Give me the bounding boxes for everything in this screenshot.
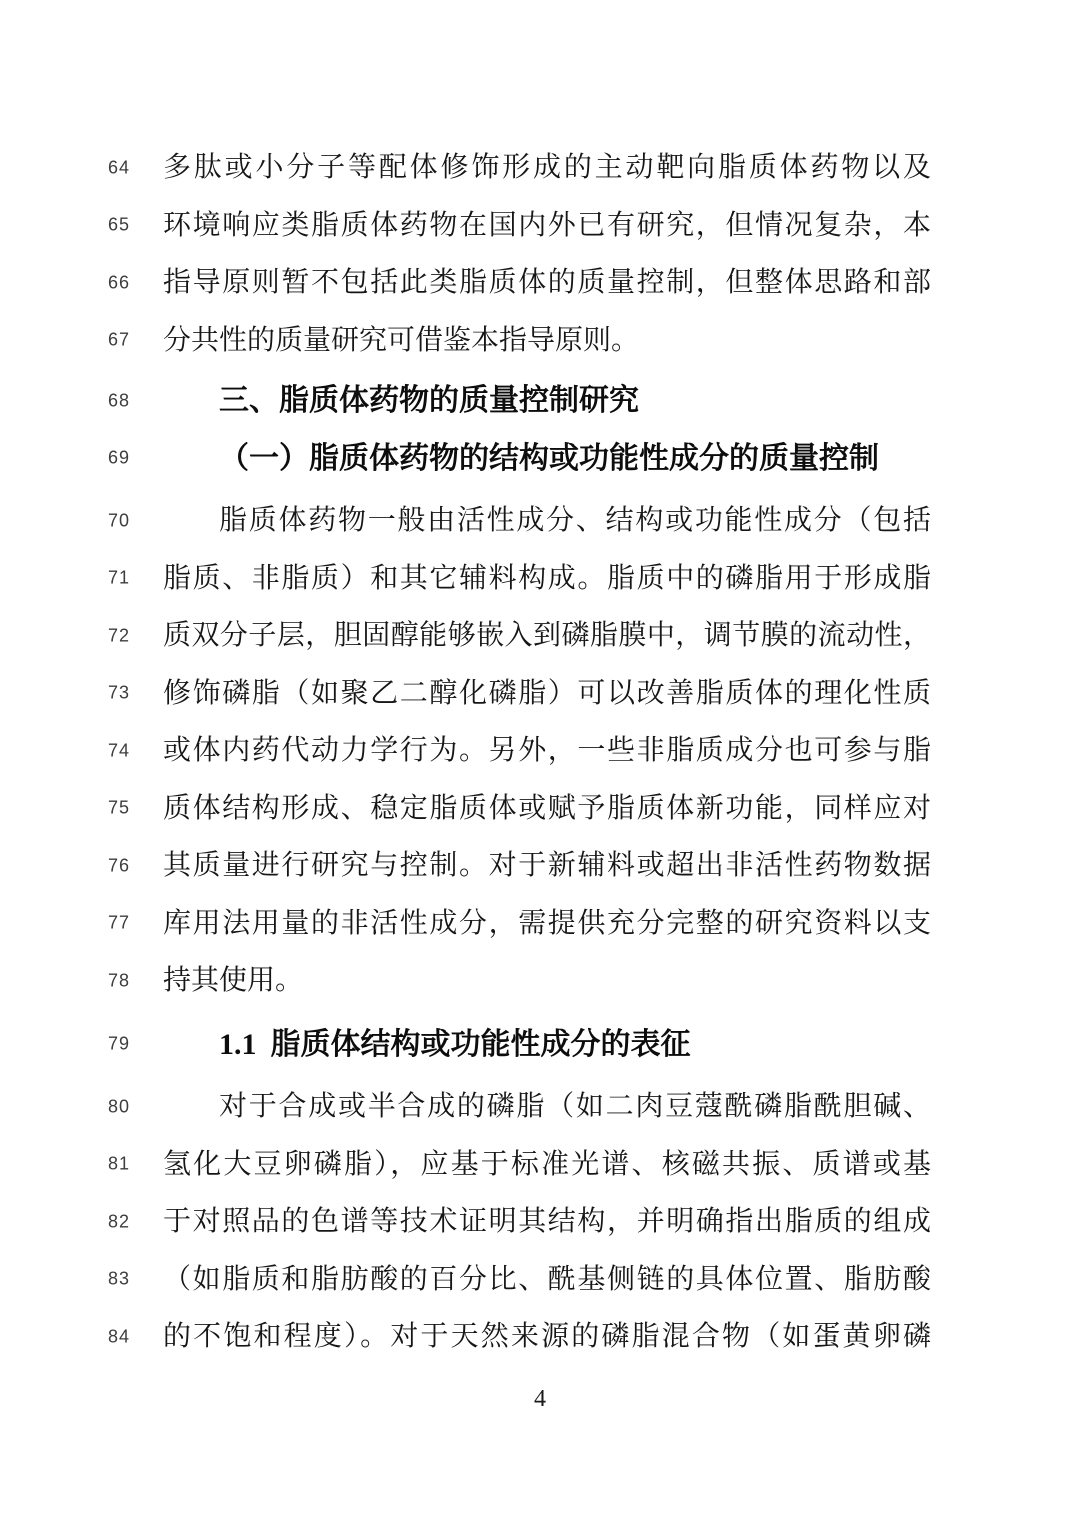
document-line: 81 氢化大豆卵磷脂），应基于标准光谱、核磁共振、质谱或基 <box>0 1136 1080 1194</box>
document-line: 71 脂质、非脂质）和其它辅料构成。脂质中的磷脂用于形成脂 <box>0 550 1080 608</box>
line-number: 80 <box>108 1096 130 1117</box>
document-body: 64 多肽或小分子等配体修饰形成的主动靶向脂质体药物以及 65 环境响应类脂质体… <box>0 139 1080 1366</box>
line-text: 指导原则暂不包括此类脂质体的质量控制，但整体思路和部 <box>163 254 931 312</box>
document-line: 83 （如脂质和脂肪酸的百分比、酰基侧链的具体位置、脂肪酸 <box>0 1251 1080 1309</box>
document-page: 64 多肽或小分子等配体修饰形成的主动靶向脂质体药物以及 65 环境响应类脂质体… <box>0 0 1080 1527</box>
document-line: 69 （一）脂质体药物的结构或功能性成分的质量控制 <box>0 430 1080 488</box>
line-text: 环境响应类脂质体药物在国内外已有研究，但情况复杂，本 <box>163 197 931 255</box>
document-line: 82 于对照品的色谱等技术证明其结构，并明确指出脂质的组成 <box>0 1193 1080 1251</box>
line-text: 于对照品的色谱等技术证明其结构，并明确指出脂质的组成 <box>163 1193 931 1251</box>
line-number: 69 <box>108 448 130 469</box>
line-text: 1.1脂质体结构或功能性成分的表征 <box>163 1016 931 1074</box>
document-line: 78 持其使用。 <box>0 952 1080 1010</box>
line-text: 脂质体药物一般由活性成分、结构或功能性成分（包括 <box>163 492 931 550</box>
document-line: 84 的不饱和程度）。对于天然来源的磷脂混合物（如蛋黄卵磷 <box>0 1308 1080 1366</box>
document-line: 80 对于合成或半合成的磷脂（如二肉豆蔻酰磷脂酰胆碱、 <box>0 1078 1080 1136</box>
line-text: 质体结构形成、稳定脂质体或赋予脂质体新功能，同样应对 <box>163 780 931 838</box>
document-line: 70 脂质体药物一般由活性成分、结构或功能性成分（包括 <box>0 492 1080 550</box>
page-number: 4 <box>0 1386 1080 1413</box>
line-number: 66 <box>108 272 130 293</box>
line-text: 多肽或小分子等配体修饰形成的主动靶向脂质体药物以及 <box>163 139 931 197</box>
document-line: 72 质双分子层，胆固醇能够嵌入到磷脂膜中，调节膜的流动性， <box>0 607 1080 665</box>
line-number: 71 <box>108 568 130 589</box>
line-number: 78 <box>108 970 130 991</box>
line-number: 74 <box>108 740 130 761</box>
document-line: 74 或体内药代动力学行为。另外，一些非脂质成分也可参与脂 <box>0 722 1080 780</box>
line-number: 82 <box>108 1211 130 1232</box>
document-line: 73 修饰磷脂（如聚乙二醇化磷脂）可以改善脂质体的理化性质 <box>0 665 1080 723</box>
line-text: 持其使用。 <box>163 952 931 1010</box>
line-number: 83 <box>108 1269 130 1290</box>
line-text: 修饰磷脂（如聚乙二醇化磷脂）可以改善脂质体的理化性质 <box>163 665 931 723</box>
line-text: 的不饱和程度）。对于天然来源的磷脂混合物（如蛋黄卵磷 <box>163 1308 931 1366</box>
line-text: 或体内药代动力学行为。另外，一些非脂质成分也可参与脂 <box>163 722 931 780</box>
line-text: （如脂质和脂肪酸的百分比、酰基侧链的具体位置、脂肪酸 <box>163 1251 931 1309</box>
document-line: 79 1.1脂质体结构或功能性成分的表征 <box>0 1016 1080 1074</box>
line-text: 三、脂质体药物的质量控制研究 <box>163 372 931 430</box>
line-text: 对于合成或半合成的磷脂（如二肉豆蔻酰磷脂酰胆碱、 <box>163 1078 931 1136</box>
line-number: 75 <box>108 798 130 819</box>
document-line: 76 其质量进行研究与控制。对于新辅料或超出非活性药物数据 <box>0 837 1080 895</box>
line-text: 氢化大豆卵磷脂），应基于标准光谱、核磁共振、质谱或基 <box>163 1136 931 1194</box>
line-number: 76 <box>108 855 130 876</box>
document-line: 75 质体结构形成、稳定脂质体或赋予脂质体新功能，同样应对 <box>0 780 1080 838</box>
line-text: 分共性的质量研究可借鉴本指导原则。 <box>163 312 931 370</box>
line-number: 70 <box>108 510 130 531</box>
document-line: 65 环境响应类脂质体药物在国内外已有研究，但情况复杂，本 <box>0 197 1080 255</box>
document-line: 77 库用法用量的非活性成分，需提供充分完整的研究资料以支 <box>0 895 1080 953</box>
line-text: 其质量进行研究与控制。对于新辅料或超出非活性药物数据 <box>163 837 931 895</box>
heading-number-prefix: 1.1 <box>219 1028 271 1061</box>
document-line: 64 多肽或小分子等配体修饰形成的主动靶向脂质体药物以及 <box>0 139 1080 197</box>
line-number: 72 <box>108 625 130 646</box>
line-number: 81 <box>108 1154 130 1175</box>
line-text: 脂质、非脂质）和其它辅料构成。脂质中的磷脂用于形成脂 <box>163 550 931 608</box>
line-number: 67 <box>108 330 130 351</box>
line-number: 73 <box>108 683 130 704</box>
line-number: 84 <box>108 1326 130 1347</box>
document-line: 68 三、脂质体药物的质量控制研究 <box>0 372 1080 430</box>
line-text: 库用法用量的非活性成分，需提供充分完整的研究资料以支 <box>163 895 931 953</box>
line-number: 65 <box>108 215 130 236</box>
line-number: 77 <box>108 913 130 934</box>
line-number: 64 <box>108 157 130 178</box>
document-line: 66 指导原则暂不包括此类脂质体的质量控制，但整体思路和部 <box>0 254 1080 312</box>
line-text: 质双分子层，胆固醇能够嵌入到磷脂膜中，调节膜的流动性， <box>163 607 931 665</box>
line-number: 68 <box>108 390 130 411</box>
line-number: 79 <box>108 1034 130 1055</box>
document-line: 67 分共性的质量研究可借鉴本指导原则。 <box>0 312 1080 370</box>
line-text: （一）脂质体药物的结构或功能性成分的质量控制 <box>163 430 931 488</box>
